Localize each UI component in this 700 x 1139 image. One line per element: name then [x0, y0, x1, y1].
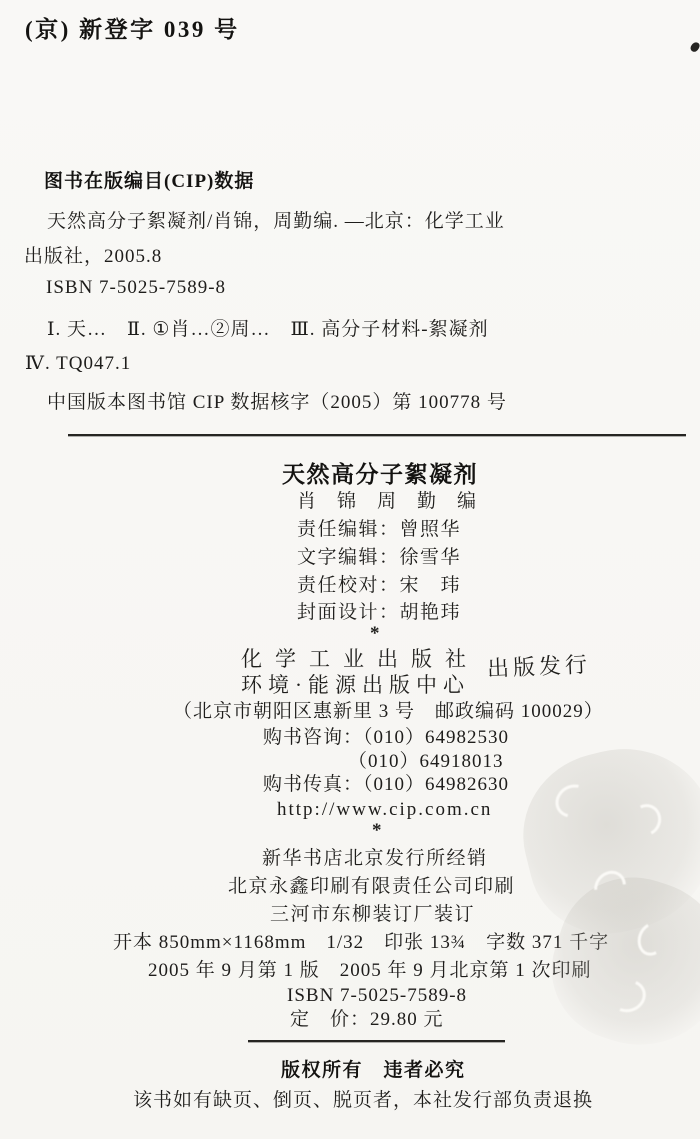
copyright-page: (京) 新登字 039 号 图书在版编目(CIP)数据 天然高分子絮凝剂/肖锦，…	[0, 0, 700, 1139]
website-url: http://www.cip.com.cn	[277, 800, 492, 819]
consult-phone: 购书咨询：（010）64982530	[263, 728, 509, 747]
fax-number: 购书传真：（010）64982630	[263, 775, 509, 794]
publisher-role: 出版发行	[487, 654, 592, 681]
watermark-blob	[506, 730, 700, 951]
printer-line: 北京永鑫印刷有限责任公司印刷	[228, 877, 515, 896]
watermark-stamp	[515, 750, 700, 1045]
format-line: 开本 850mm×1168mm 1/32 印张 13¾ 字数 371 千字	[113, 933, 609, 952]
editors-line: 肖 锦 周 勤 编	[297, 492, 477, 511]
publisher-center: 环境·能源出版中心	[241, 675, 470, 696]
separator-asterisk-1: *	[370, 624, 381, 643]
credit-text-editor: 文字编辑：徐雪华	[297, 548, 461, 567]
credit-proofreader: 责任校对：宋 玮	[297, 576, 461, 595]
credit-responsible-editor: 责任编辑：曾照华	[297, 520, 461, 539]
divider-bottom	[248, 1040, 505, 1042]
isbn-line: ISBN 7-5025-7589-8	[287, 986, 467, 1005]
divider-top	[68, 434, 686, 436]
watermark-glyph	[588, 864, 633, 909]
copyright-notice: 版权所有 违者必究	[281, 1061, 466, 1080]
cip-entry-line1: 天然高分子絮凝剂/肖锦，周勤编. —北京：化学工业	[47, 212, 505, 231]
watermark-glyph	[549, 778, 596, 824]
publisher-address: （北京市朝阳区惠新里 3 号 邮政编码 100029）	[173, 702, 604, 721]
watermark-glyph	[633, 918, 671, 960]
credit-cover-designer: 封面设计：胡艳玮	[297, 603, 461, 622]
returns-notice: 该书如有缺页、倒页、脱页者，本社发行部负责退换	[133, 1091, 593, 1110]
watermark-glyph	[626, 800, 665, 840]
distributor-line: 新华书店北京发行所经销	[262, 849, 488, 868]
cip-isbn: ISBN 7-5025-7589-8	[46, 278, 226, 297]
consult-phone-2: （010）64918013	[348, 752, 504, 771]
cip-record-number: 中国版本图书馆 CIP 数据核字（2005）第 100778 号	[47, 393, 507, 412]
publisher-name: 化学工业出版社	[241, 649, 479, 670]
edition-line: 2005 年 9 月第 1 版 2005 年 9 月北京第 1 次印刷	[148, 961, 592, 980]
cip-entry-line2: 出版社，2005.8	[24, 247, 162, 266]
separator-asterisk-2: *	[372, 821, 383, 840]
cip-header: 图书在版编目(CIP)数据	[44, 172, 254, 191]
book-title: 天然高分子絮凝剂	[282, 463, 478, 486]
cip-classification-line2: Ⅳ. TQ047.1	[25, 354, 131, 373]
price-line: 定 价：29.80 元	[290, 1010, 444, 1029]
scan-artifact-speck	[689, 41, 700, 53]
registration-number: (京) 新登字 039 号	[25, 18, 240, 41]
watermark-glyph	[606, 975, 651, 1017]
cip-classification-line1: Ⅰ. 天… Ⅱ. ①肖…②周… Ⅲ. 高分子材料-絮凝剂	[47, 320, 489, 339]
binder-line: 三河市东柳装订厂装订	[270, 905, 475, 924]
